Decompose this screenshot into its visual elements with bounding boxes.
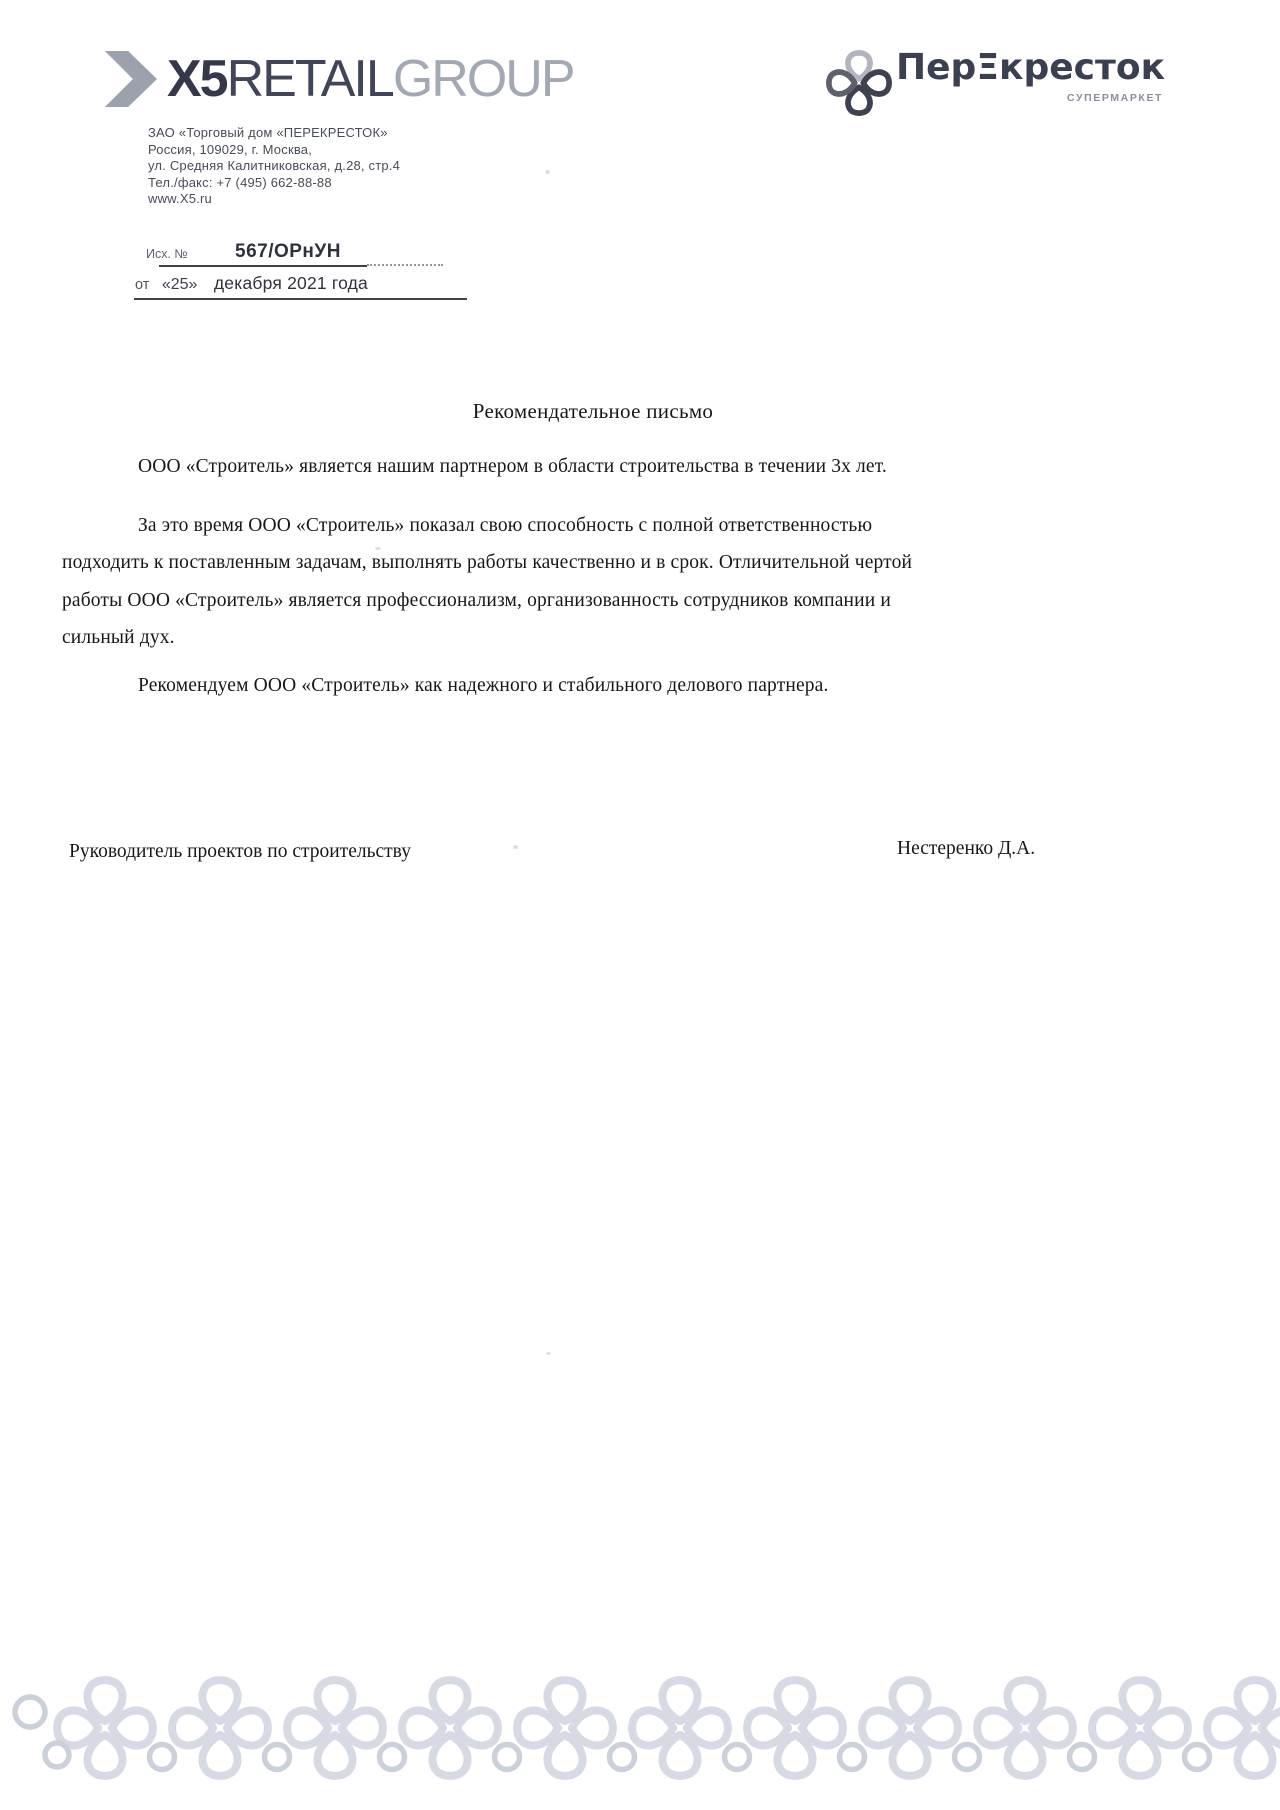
company-website: www.X5.ru (148, 191, 400, 208)
letter-title: Рекомендательное письмо (0, 399, 1186, 424)
footer-clover-pattern (0, 1665, 1280, 1810)
date-month-year: декабря 2021 года (214, 273, 368, 293)
scan-speck (375, 547, 381, 550)
company-line: Тел./факс: +7 (495) 662-88-88 (148, 175, 400, 192)
company-line: ЗАО «Торговый дом «ПЕРЕКРЕСТОК» (148, 125, 400, 142)
x5-logo-x5: X5 (167, 50, 227, 108)
company-line: ул. Средняя Калитниковская, д.28, стр.4 (148, 158, 400, 175)
outgoing-number-value: 567/ОРнУН (235, 241, 341, 263)
paragraph-2-line: сильный дух. (62, 626, 1072, 650)
paragraph-1-line: ООО «Строитель» является нашим партнером… (62, 455, 1148, 479)
date-underline (134, 298, 467, 300)
paragraph-2-line: работы ООО «Строитель» является професси… (62, 589, 1072, 613)
date-prefix: от (135, 277, 149, 293)
x5-logo-text: X5RETAILGROUP (167, 50, 574, 108)
scan-speck (546, 1352, 551, 1355)
signature-position: Руководитель проектов по строительству (69, 841, 411, 863)
footer-clovers (57, 1680, 1280, 1776)
x5-chevron-icon (101, 50, 159, 108)
perekrestok-brand-text: ПерΞкресток (896, 48, 1165, 88)
paragraph-2-line: За это время ООО «Строитель» показал сво… (62, 514, 1148, 538)
outgoing-number-label: Исх. № (146, 247, 188, 261)
date-row: от «25» декабря 2021 года (135, 273, 368, 294)
x5-logo-group: GROUP (393, 50, 574, 108)
scanned-letter-page: X5RETAILGROUP ПерΞкресток СУПЕРМАРКЕТ ЗА… (0, 0, 1280, 1810)
date-day: «25» (162, 276, 198, 293)
outgoing-number-underline-tail (367, 264, 443, 266)
perekrestok-subtitle: СУПЕРМАРКЕТ (1067, 92, 1163, 104)
outgoing-number-underline (159, 265, 367, 267)
paragraph-2-line: подходить к поставленным задачам, выполн… (62, 551, 1072, 575)
perekrestok-clover-icon (826, 50, 892, 116)
perekrestok-logo: ПерΞкресток СУПЕРМАРКЕТ (826, 48, 1165, 116)
x5-logo-retail: RETAIL (227, 50, 393, 108)
scan-speck (513, 845, 518, 849)
company-line: Россия, 109029, г. Москва, (148, 142, 400, 159)
paragraph-3-line: Рекомендуем ООО «Строитель» как надежног… (62, 674, 1148, 698)
x5-retail-group-logo: X5RETAILGROUP (101, 50, 574, 108)
signature-name: Нестеренко Д.А. (897, 838, 1035, 860)
company-address-block: ЗАО «Торговый дом «ПЕРЕКРЕСТОК» Россия, … (148, 125, 400, 208)
scan-speck (545, 170, 550, 174)
